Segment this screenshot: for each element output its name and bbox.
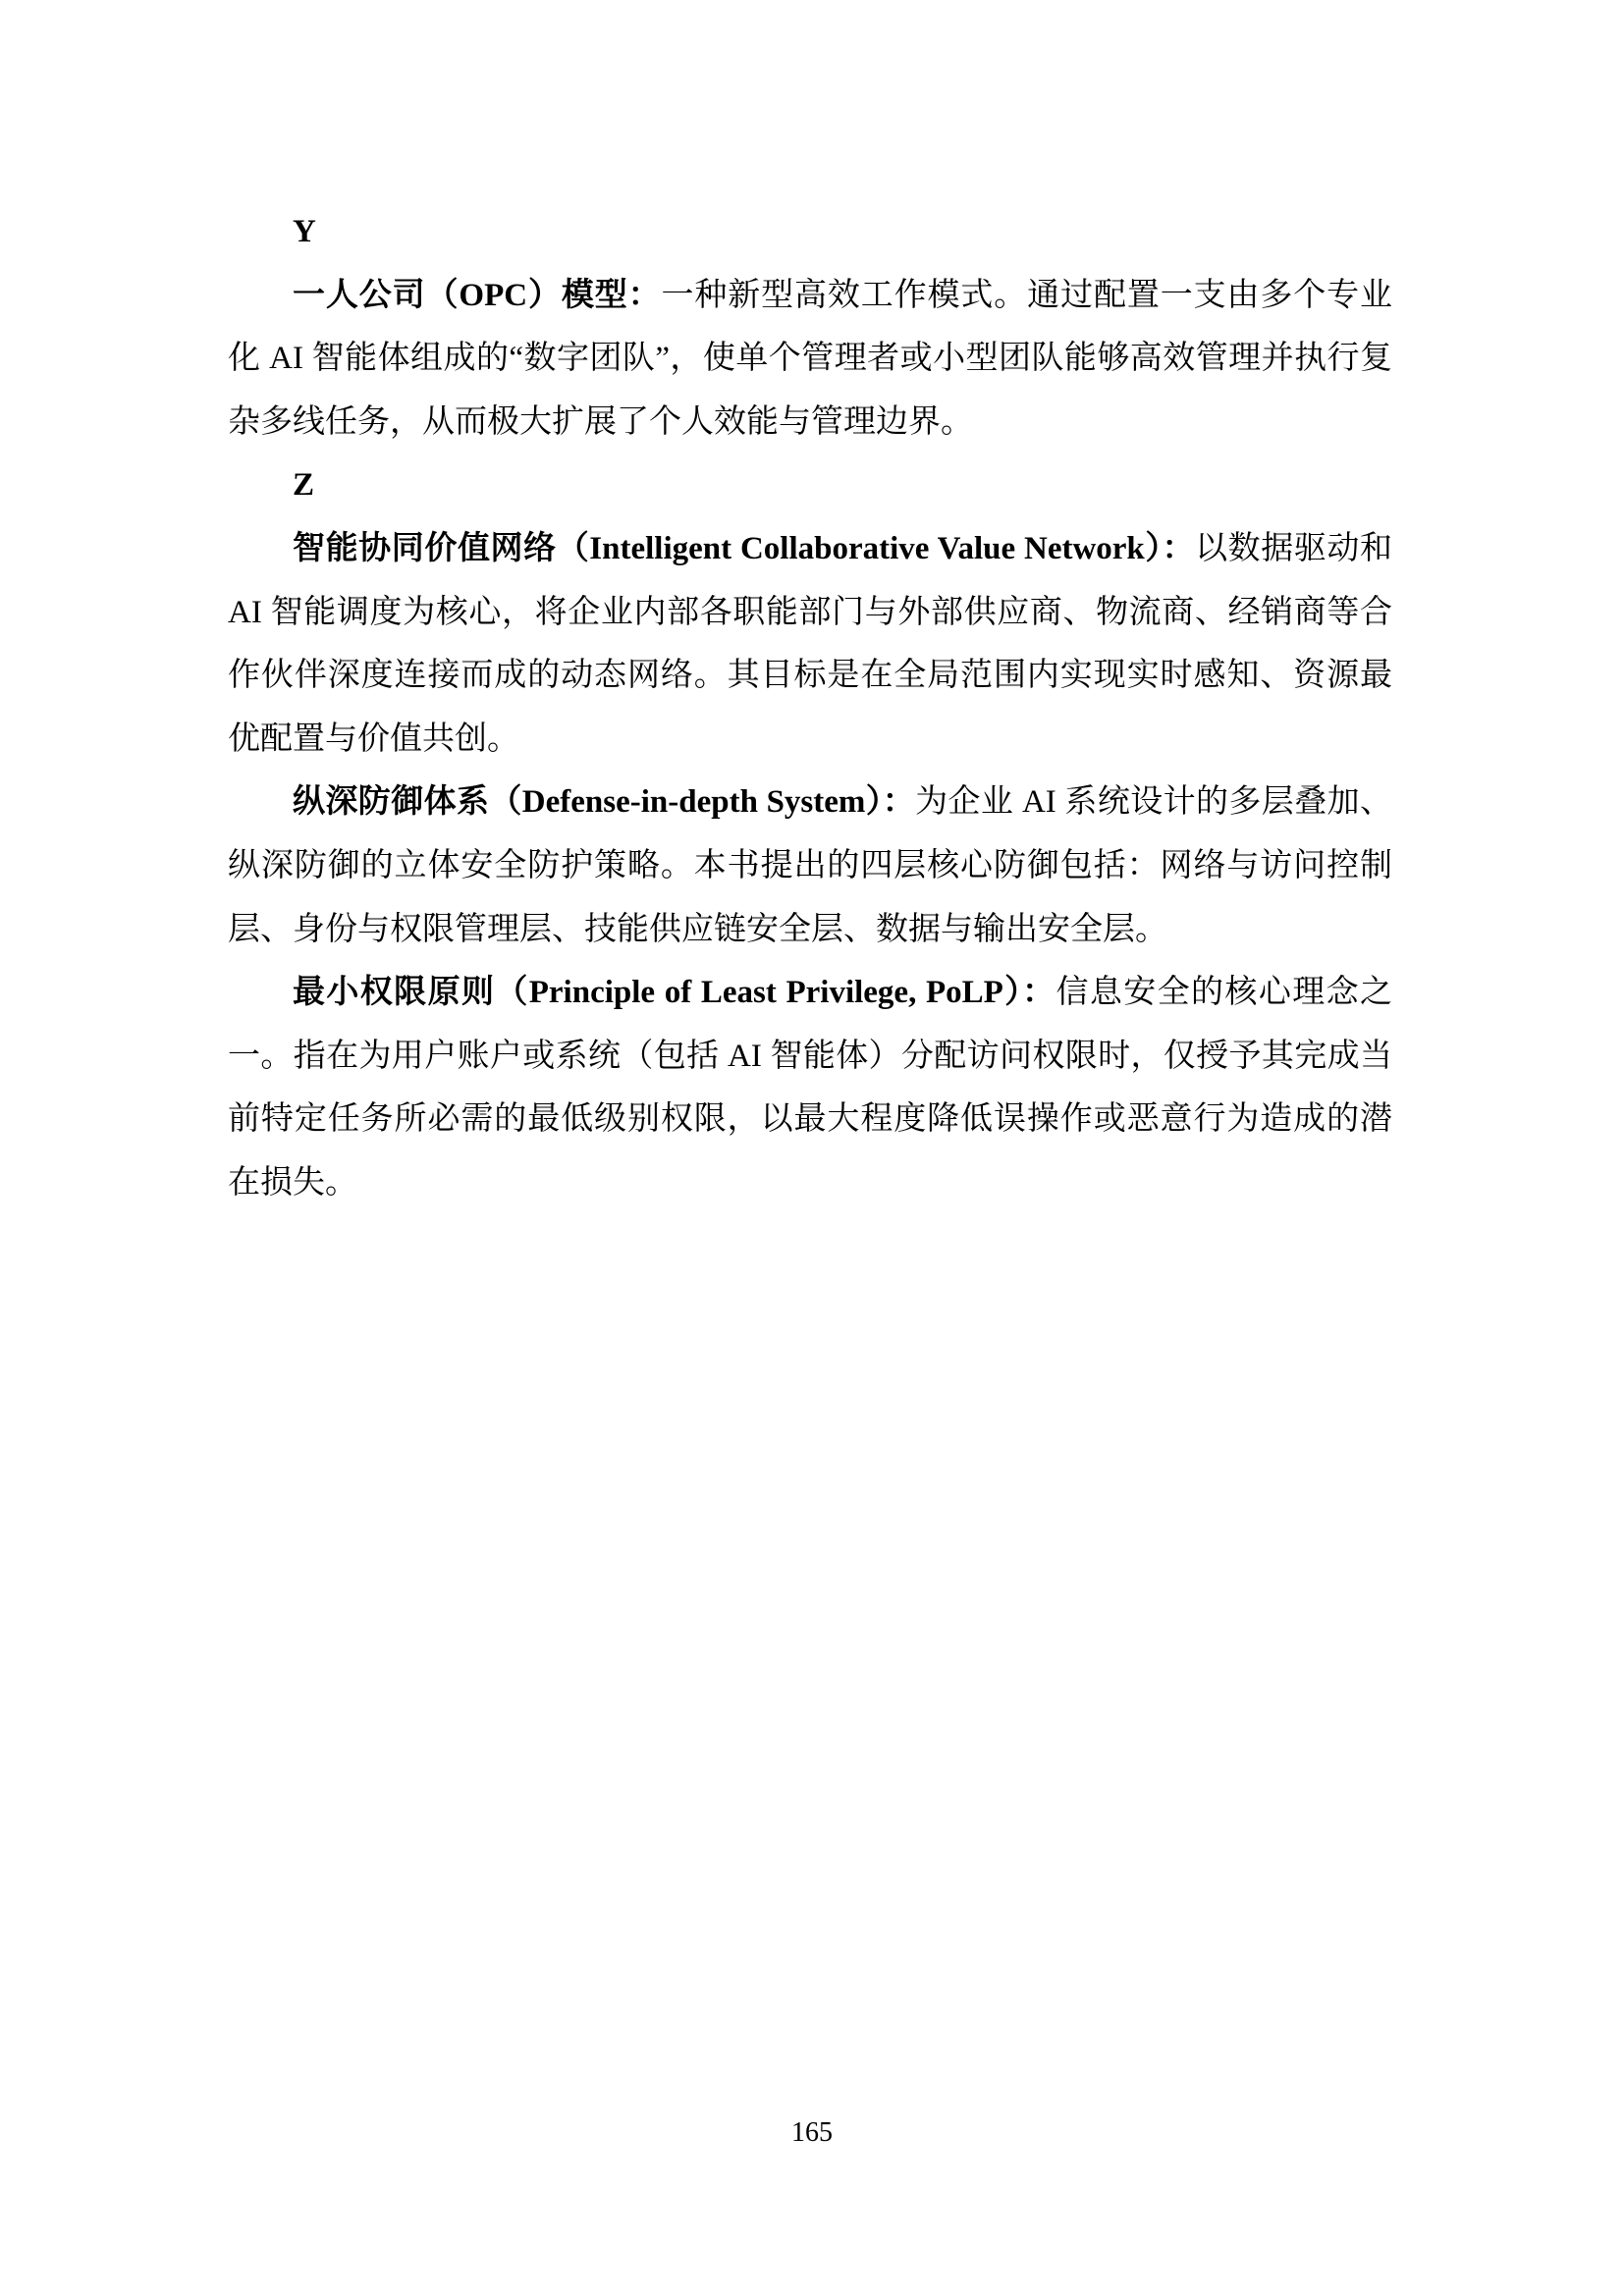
section-letter-z: Z — [228, 454, 1392, 517]
glossary-entry-opc: 一人公司（OPC）模型：一种新型高效工作模式。通过配置一支由多个专业化 AI 智… — [228, 264, 1392, 454]
section-letter-y: Y — [228, 200, 1392, 264]
page-number: 165 — [0, 2116, 1624, 2150]
glossary-term: 智能协同价值网络（Intelligent Collaborative Value… — [293, 531, 1195, 566]
glossary-entry-defense-in-depth: 纵深防御体系（Defense-in-depth System）：为企业 AI 系… — [228, 771, 1392, 961]
document-page: Y 一人公司（OPC）模型：一种新型高效工作模式。通过配置一支由多个专业化 AI… — [0, 0, 1624, 2296]
glossary-term: 纵深防御体系（Defense-in-depth System）： — [293, 784, 915, 820]
glossary-entry-value-network: 智能协同价值网络（Intelligent Collaborative Value… — [228, 517, 1392, 771]
glossary-content: Y 一人公司（OPC）模型：一种新型高效工作模式。通过配置一支由多个专业化 AI… — [228, 200, 1392, 1215]
glossary-term: 最小权限原则（Principle of Least Privilege, PoL… — [293, 975, 1056, 1010]
glossary-entry-polp: 最小权限原则（Principle of Least Privilege, PoL… — [228, 961, 1392, 1214]
glossary-term: 一人公司（OPC）模型： — [293, 278, 661, 313]
